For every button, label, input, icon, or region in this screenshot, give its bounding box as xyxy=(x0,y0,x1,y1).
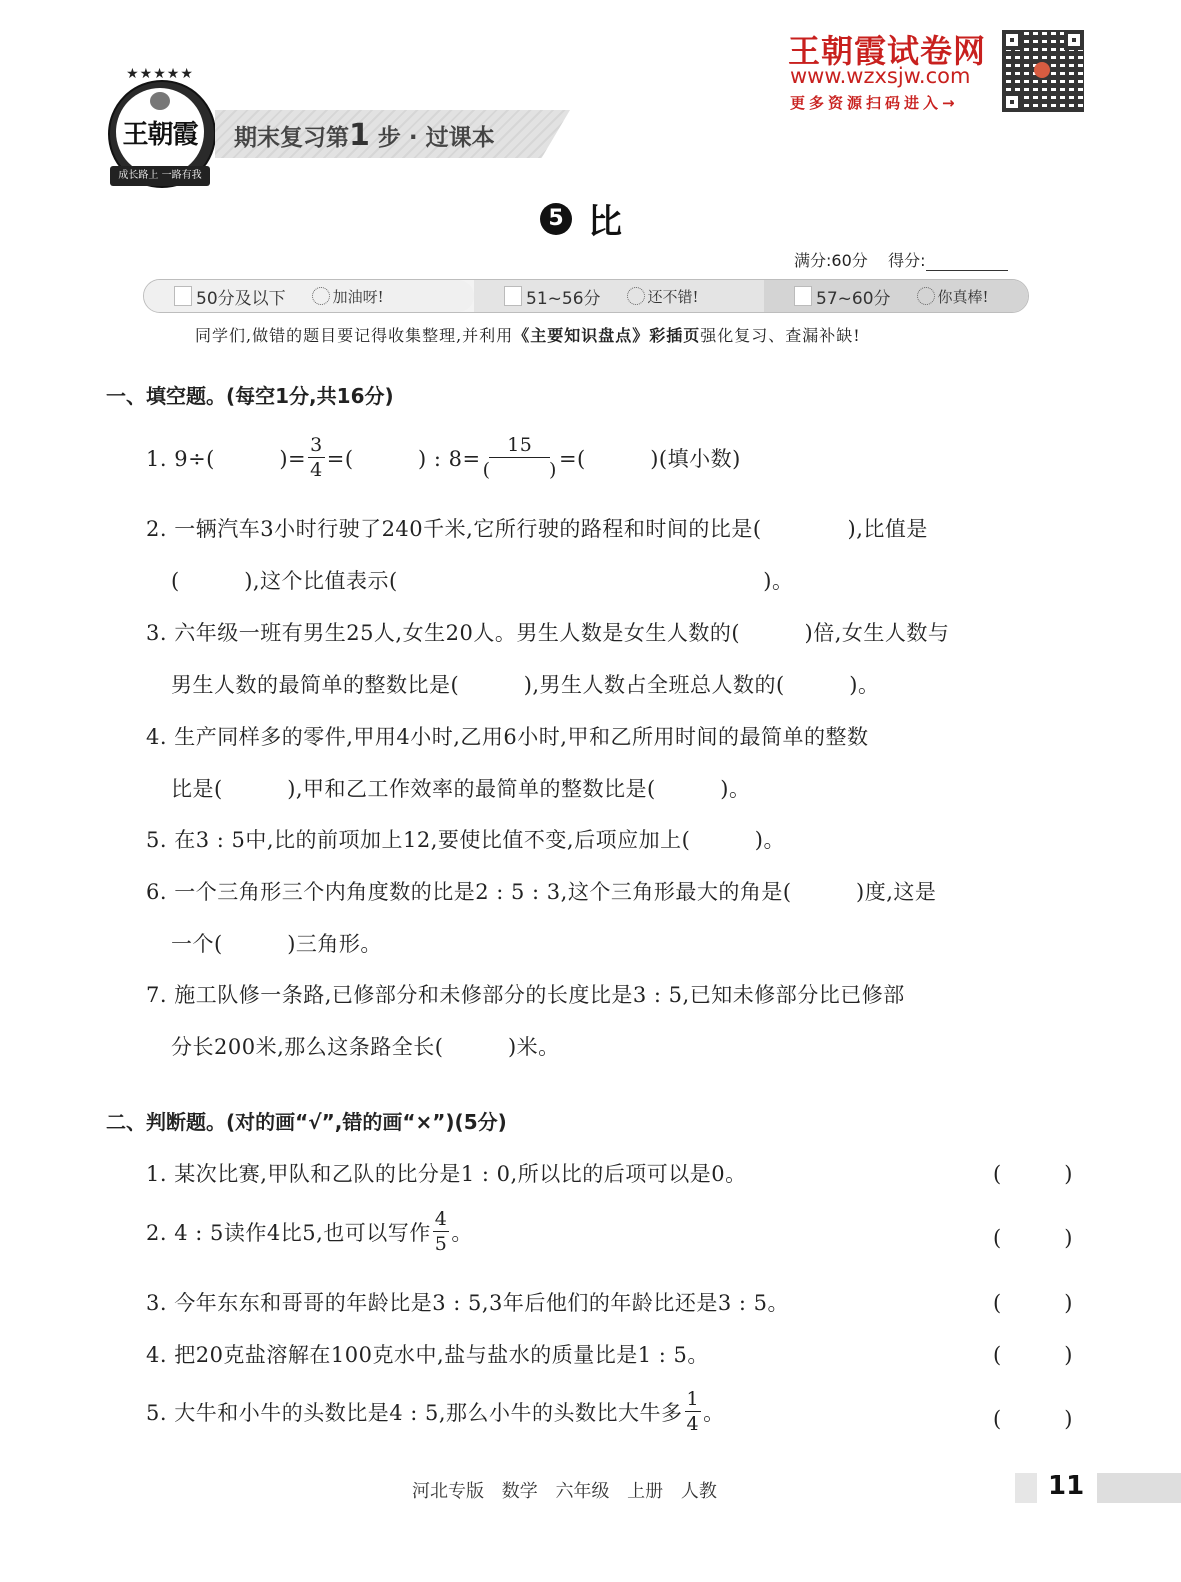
chapter-title: 5 比 xyxy=(540,194,622,243)
rating-range: 57~60分 xyxy=(816,284,891,309)
stars-decoration: ★★★★★ xyxy=(104,66,216,82)
stage-label: 期末复习第1 步 · 过课本 xyxy=(234,118,495,153)
question-1-4: 4. 生产同样多的零件,甲用4小时,乙用6小时,甲和乙所用时间的最简单的整数 xyxy=(146,721,868,751)
rating-message: 加油呀! xyxy=(333,286,384,307)
rating-tier-3: 57~60分 你真棒! xyxy=(764,280,1028,312)
rating-range: 50分及以下 xyxy=(196,284,286,309)
rating-message: 还不错! xyxy=(648,286,699,307)
hint-text: 同学们,做错的题目要记得收集整理,并利用 xyxy=(195,326,513,345)
emoji-icon xyxy=(627,287,645,305)
question-1-2-cont: ( ),这个比值表示( )。 xyxy=(171,565,793,595)
qr-code-icon[interactable] xyxy=(1002,30,1084,112)
chapter-name: 比 xyxy=(588,194,622,243)
q-text: 1. 9÷( )= xyxy=(146,443,306,473)
rating-range: 51~56分 xyxy=(526,284,601,309)
q-text: 2. 4 : 5读作4比5,也可以写作 xyxy=(146,1217,431,1247)
footer-edition: 河北专版 数学 六年级 上册 人教 xyxy=(412,1477,717,1503)
rating-tier-1: 50分及以下 加油呀! xyxy=(144,280,474,312)
fraction: 14 xyxy=(685,1390,702,1434)
section-heading-true-false: 二、判断题。(对的画“√”,错的画“×”)(5分) xyxy=(106,1106,507,1135)
q-text: 5. 大牛和小牛的头数比是4 : 5,那么小牛的头数比大牛多 xyxy=(146,1397,683,1427)
hint-text-end: 强化复习、查漏补缺! xyxy=(700,326,860,345)
logo-name: 王朝霞 xyxy=(104,114,216,151)
emoji-icon xyxy=(917,287,935,305)
tf-question-2: 2. 4 : 5读作4比5,也可以写作 45 。 xyxy=(146,1210,473,1254)
page-bar xyxy=(1097,1473,1181,1503)
study-hint: 同学们,做错的题目要记得收集整理,并利用《主要知识盘点》彩插页强化复习、查漏补缺… xyxy=(195,323,861,346)
emoji-icon xyxy=(312,287,330,305)
question-1-6: 6. 一个三角形三个内角度数的比是2 : 5 : 3,这个三角形最大的角是( )… xyxy=(146,876,936,906)
answer-box[interactable]: ( ) xyxy=(993,1222,1072,1252)
fraction: 45 xyxy=(433,1210,450,1254)
page-decoration xyxy=(1015,1473,1037,1503)
question-1-2: 2. 一辆汽车3小时行驶了240千米,它所行驶的路程和时间的比是( ),比值是 xyxy=(146,513,928,543)
tf-question-5: 5. 大牛和小牛的头数比是4 : 5,那么小牛的头数比大牛多 14 。 xyxy=(146,1390,725,1434)
fraction: 34 xyxy=(308,436,325,480)
brand-url[interactable]: www.wzxsjw.com xyxy=(790,64,970,88)
answer-box[interactable]: ( ) xyxy=(993,1339,1072,1369)
hint-bold: 《主要知识盘点》彩插页 xyxy=(513,326,700,345)
question-1-3-cont: 男生人数的最简单的整数比是( ),男生人数占全班总人数的( )。 xyxy=(171,669,879,699)
answer-box[interactable]: ( ) xyxy=(993,1403,1072,1433)
question-1-1: 1. 9÷( )= 34 =( ) : 8= 15( ) =( )(填小数) xyxy=(146,436,741,480)
logo-ribbon: 成长路上 一路有我 xyxy=(110,166,210,186)
rating-message: 你真棒! xyxy=(938,286,989,307)
question-1-7: 7. 施工队修一条路,已修部分和未修部分的长度比是3 : 5,已知未修部分比已修… xyxy=(146,979,905,1009)
tf-question-1: 1. 某次比赛,甲队和乙队的比分是1 : 0,所以比的后项可以是0。 xyxy=(146,1158,747,1188)
stage-prefix: 期末复习第 xyxy=(234,125,349,151)
answer-box[interactable]: ( ) xyxy=(993,1158,1072,1188)
tf-question-4: 4. 把20克盐溶解在100克水中,盐与盐水的质量比是1 : 5。 xyxy=(146,1339,709,1369)
qr-logo-icon xyxy=(1034,62,1050,78)
question-1-5: 5. 在3 : 5中,比的前项加上12,要使比值不变,后项应加上( )。 xyxy=(146,824,785,854)
rating-tier-2: 51~56分 还不错! xyxy=(474,280,764,312)
score-field[interactable] xyxy=(926,252,1008,271)
rating-checkbox[interactable] xyxy=(794,286,812,306)
portrait-icon xyxy=(150,92,170,110)
brand-cta: 更多资源扫码进入→ xyxy=(790,92,959,113)
chapter-number-badge: 5 xyxy=(540,203,572,235)
tf-question-3: 3. 今年东东和哥哥的年龄比是3 : 5,3年后他们的年龄比还是3 : 5。 xyxy=(146,1287,789,1317)
fraction: 15( ) xyxy=(483,436,557,480)
score-line: 满分:60分 得分: xyxy=(794,248,1008,271)
score-label: 得分: xyxy=(888,251,925,270)
stage-suffix: 步 · 过课本 xyxy=(378,125,495,151)
rating-bar: 50分及以下 加油呀! 51~56分 还不错! 57~60分 你真棒! xyxy=(143,279,1029,313)
question-1-7-cont: 分长200米,那么这条路全长( )米。 xyxy=(171,1031,560,1061)
section-heading-fill-blank: 一、填空题。(每空1分,共16分) xyxy=(106,380,394,409)
question-1-6-cont: 一个( )三角形。 xyxy=(171,928,382,958)
publisher-logo: ★★★★★ 王朝霞 成长路上 一路有我 xyxy=(104,66,216,190)
rating-checkbox[interactable] xyxy=(504,286,522,306)
question-1-4-cont: 比是( ),甲和乙工作效率的最简单的整数比是( )。 xyxy=(171,773,750,803)
page-number: 11 xyxy=(1048,1471,1084,1501)
answer-box[interactable]: ( ) xyxy=(993,1287,1072,1317)
full-score: 满分:60分 xyxy=(794,251,868,270)
q-text: =( ) : 8= xyxy=(327,443,481,473)
q-text: =( )(填小数) xyxy=(559,443,741,473)
q-text-end: 。 xyxy=(451,1217,473,1247)
question-1-3: 3. 六年级一班有男生25人,女生20人。男生人数是女生人数的( )倍,女生人数… xyxy=(146,617,949,647)
rating-checkbox[interactable] xyxy=(174,286,192,306)
stage-step: 1 xyxy=(349,118,370,153)
q-text-end: 。 xyxy=(703,1397,725,1427)
